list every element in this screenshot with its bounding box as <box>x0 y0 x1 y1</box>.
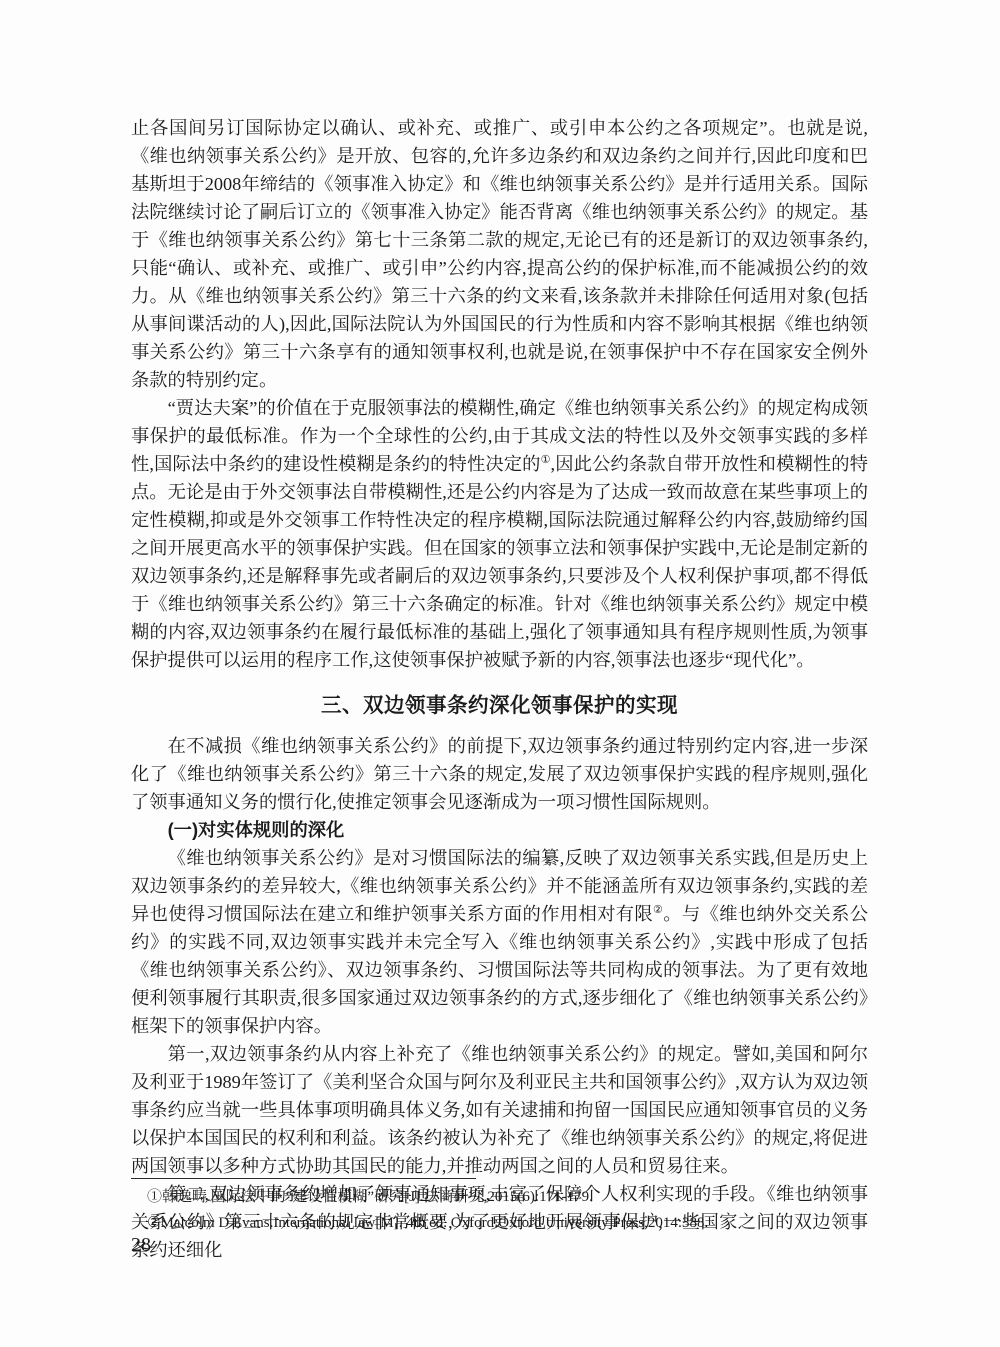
footnote-reference: ① <box>541 454 551 466</box>
footnote-marker: ② <box>147 1215 160 1231</box>
footnotes-section: ①韩逸畴.国际法中的“建设性模糊”研究[J].法商研究,2015(6):171-… <box>131 1178 868 1236</box>
body-paragraph: 止各国间另订国际协定以确认、或补充、或推广、或引申本公约之各项规定”。也就是说,… <box>131 114 868 394</box>
footnote-item: ①韩逸畴.国际法中的“建设性模糊”研究[J].法商研究,2015(6):171-… <box>131 1184 868 1210</box>
footnote-text: 韩逸畴.国际法中的“建设性模糊”研究[J].法商研究,2015(6):171-1… <box>162 1189 593 1205</box>
subsection-heading: (一)对实体规则的深化 <box>131 816 868 844</box>
body-paragraph: 《维也纳领事关系公约》是对习惯国际法的编纂,反映了双边领事关系实践,但是历史上双… <box>131 844 868 1040</box>
paper-page: { "page": { "number": "28" }, "article":… <box>0 0 1000 1347</box>
text-run: 在不减损《维也纳领事关系公约》的前提下,双边领事条约通过特别约定内容,进一步深化… <box>131 736 868 812</box>
body-paragraph: 在不减损《维也纳领事关系公约》的前提下,双边领事条约通过特别约定内容,进一步深化… <box>131 732 868 816</box>
text-run: 止各国间另订国际协定以确认、或补充、或推广、或引申本公约之各项规定”。也就是说,… <box>131 118 868 390</box>
body-paragraph: “贾达夫案”的价值在于克服领事法的模糊性,确定《维也纳领事关系公约》的规定构成领… <box>131 394 868 674</box>
footnote-marker: ① <box>147 1189 162 1205</box>
footnote-separator <box>131 1178 476 1179</box>
article-content: 止各国间另订国际协定以确认、或补充、或推广、或引申本公约之各项规定”。也就是说,… <box>131 114 868 1264</box>
section-heading: 三、双边领事条约深化领事保护的实现 <box>131 692 868 720</box>
footnote-item: ②Malcolm D Evans.International law[M]. 4… <box>131 1210 868 1236</box>
text-run: 第一,双边领事条约从内容上补充了《维也纳领事关系公约》的规定。譬如,美国和阿尔及… <box>131 1044 868 1176</box>
body-paragraph: 第一,双边领事条约从内容上补充了《维也纳领事关系公约》的规定。譬如,美国和阿尔及… <box>131 1040 868 1180</box>
footnote-list: ①韩逸畴.国际法中的“建设性模糊”研究[J].法商研究,2015(6):171-… <box>131 1184 868 1236</box>
text-run: ,因此公约条款自带开放性和模糊性的特点。无论是由于外交领事法自带模糊性,还是公约… <box>131 454 868 670</box>
page-number: 28 <box>131 1234 151 1257</box>
footnote-reference: ② <box>653 904 663 916</box>
footnote-text: Malcolm D Evans.International law[M]. 4t… <box>160 1215 708 1231</box>
